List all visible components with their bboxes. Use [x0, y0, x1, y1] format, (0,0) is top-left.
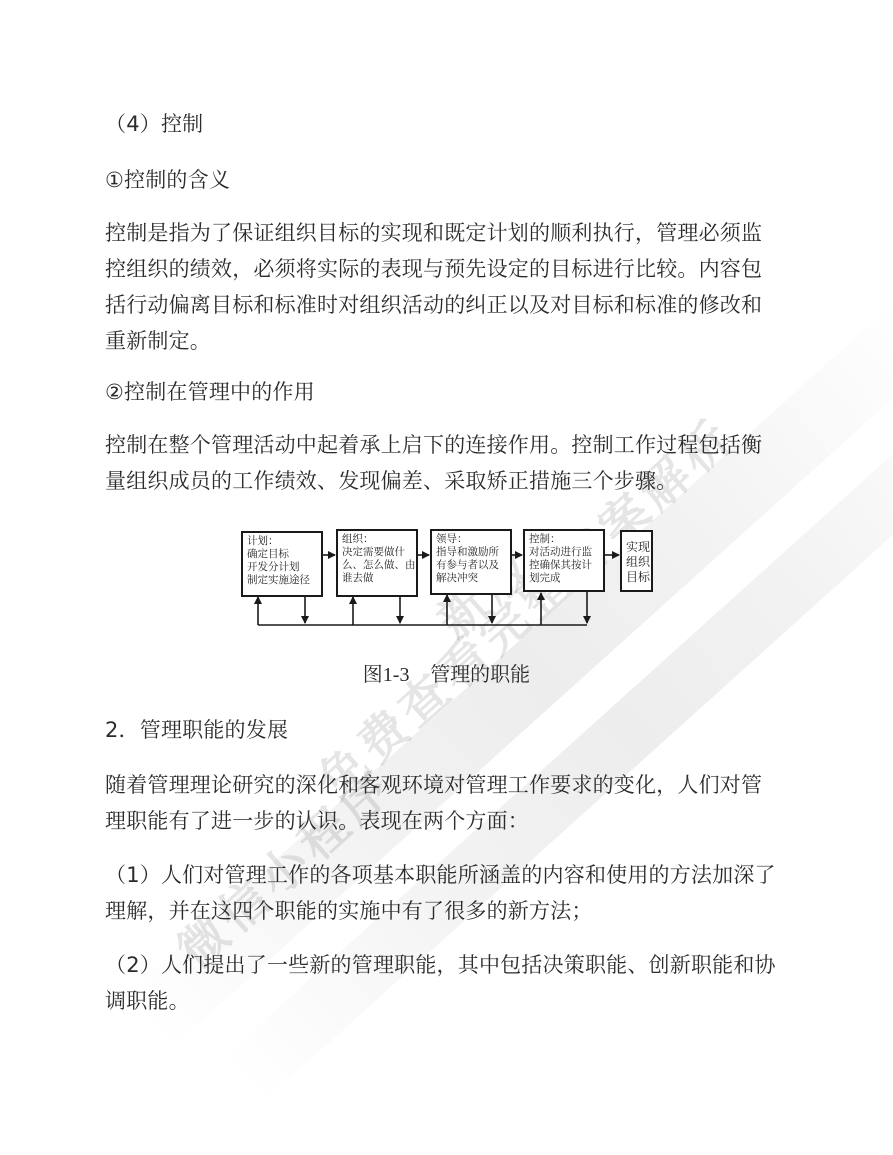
box-line: 控确保其按计 — [529, 559, 599, 572]
box-title: 控制： — [529, 533, 599, 546]
text-line: 括行动偏离目标和标准时对组织活动的纠正以及对目标和标准的修改和 — [105, 287, 785, 323]
diagram-box-controlling: 控制： 对活动进行监 控确保其按计 划完成 — [523, 529, 605, 592]
paragraph-control-definition: 控制是指为了保证组织目标的实现和既定计划的顺利执行，管理必须监 控组织的绩效，必… — [105, 215, 785, 359]
list-item-2: （2）人们提出了一些新的管理职能，其中包括决策职能、创新职能和协 调职能。 — [105, 947, 785, 1019]
box-line: 谁去做 — [342, 572, 412, 585]
figure-caption: 图1-3 管理的职能 — [0, 660, 893, 689]
text-line: 控制是指为了保证组织目标的实现和既定计划的顺利执行，管理必须监 — [105, 215, 785, 251]
section-heading: （4）控制 — [105, 110, 203, 138]
subheading-meaning: ①控制的含义 — [105, 166, 230, 194]
figure-number: 图1-3 — [363, 664, 410, 686]
text-line: （1）人们对管理工作的各项基本职能所涵盖的内容和使用的方法加深了 — [105, 857, 785, 893]
box-line: 么、怎么做、由 — [342, 559, 412, 572]
text-line: 控组织的绩效，必须将实际的表现与预先设定的目标进行比较。内容包 — [105, 251, 785, 287]
box-title: 组织： — [342, 533, 412, 546]
box-line: 确定目标 — [247, 548, 317, 561]
box-line: 目标 — [626, 570, 647, 585]
diagram-box-planning: 计划： 确定目标 开发分计划 制定实施途径 — [241, 531, 323, 597]
diagram-box-leading: 领导： 指导和激励所 有参与者以及 解决冲突 — [430, 529, 512, 595]
text-line: 控制在整个管理活动中起着承上启下的连接作用。控制工作过程包括衡 — [105, 427, 785, 463]
text-line: 调职能。 — [105, 983, 785, 1019]
box-line: 开发分计划 — [247, 561, 317, 574]
diagram-box-goal: 实现 组织 目标 — [620, 530, 653, 592]
diagram-box-organizing: 组织： 决定需要做什 么、怎么做、由 谁去做 — [336, 529, 418, 597]
text-line: 重新制定。 — [105, 323, 785, 359]
subheading-role: ②控制在管理中的作用 — [105, 378, 315, 406]
box-title: 计划： — [247, 535, 317, 548]
list-item-1: （1）人们对管理工作的各项基本职能所涵盖的内容和使用的方法加深了 理解，并在这四… — [105, 857, 785, 929]
section2-heading: 2．管理职能的发展 — [105, 716, 288, 744]
text-line: 理解，并在这四个职能的实施中有了很多的新方法； — [105, 893, 785, 929]
paragraph-development-intro: 随着管理理论研究的深化和客观环境对管理工作要求的变化，人们对管 理职能有了进一步… — [105, 767, 785, 839]
figure-title: 管理的职能 — [430, 662, 530, 686]
text-line: 随着管理理论研究的深化和客观环境对管理工作要求的变化，人们对管 — [105, 767, 785, 803]
paragraph-control-role: 控制在整个管理活动中起着承上启下的连接作用。控制工作过程包括衡 量组织成员的工作… — [105, 427, 785, 499]
box-title: 领导： — [436, 533, 506, 546]
box-line: 对活动进行监 — [529, 546, 599, 559]
box-line: 划完成 — [529, 572, 599, 585]
box-line: 有参与者以及 — [436, 559, 506, 572]
document-page: 微信小程序 新版 免费查看完整答案解析 （4）控制 ①控制的含义 控制是指为了保… — [0, 0, 893, 1155]
text-line: 理职能有了进一步的认识。表现在两个方面： — [105, 803, 785, 839]
management-functions-diagram: 计划： 确定目标 开发分计划 制定实施途径 组织： 决定需要做什 么、怎么做、由… — [230, 520, 670, 640]
box-line: 制定实施途径 — [247, 574, 317, 587]
box-line: 解决冲突 — [436, 572, 506, 585]
box-line: 决定需要做什 — [342, 546, 412, 559]
box-line: 实现 — [626, 540, 647, 555]
text-line: 量组织成员的工作绩效、发现偏差、采取矫正措施三个步骤。 — [105, 463, 785, 499]
text-line: （2）人们提出了一些新的管理职能，其中包括决策职能、创新职能和协 — [105, 947, 785, 983]
box-line: 组织 — [626, 555, 647, 570]
box-line: 指导和激励所 — [436, 546, 506, 559]
